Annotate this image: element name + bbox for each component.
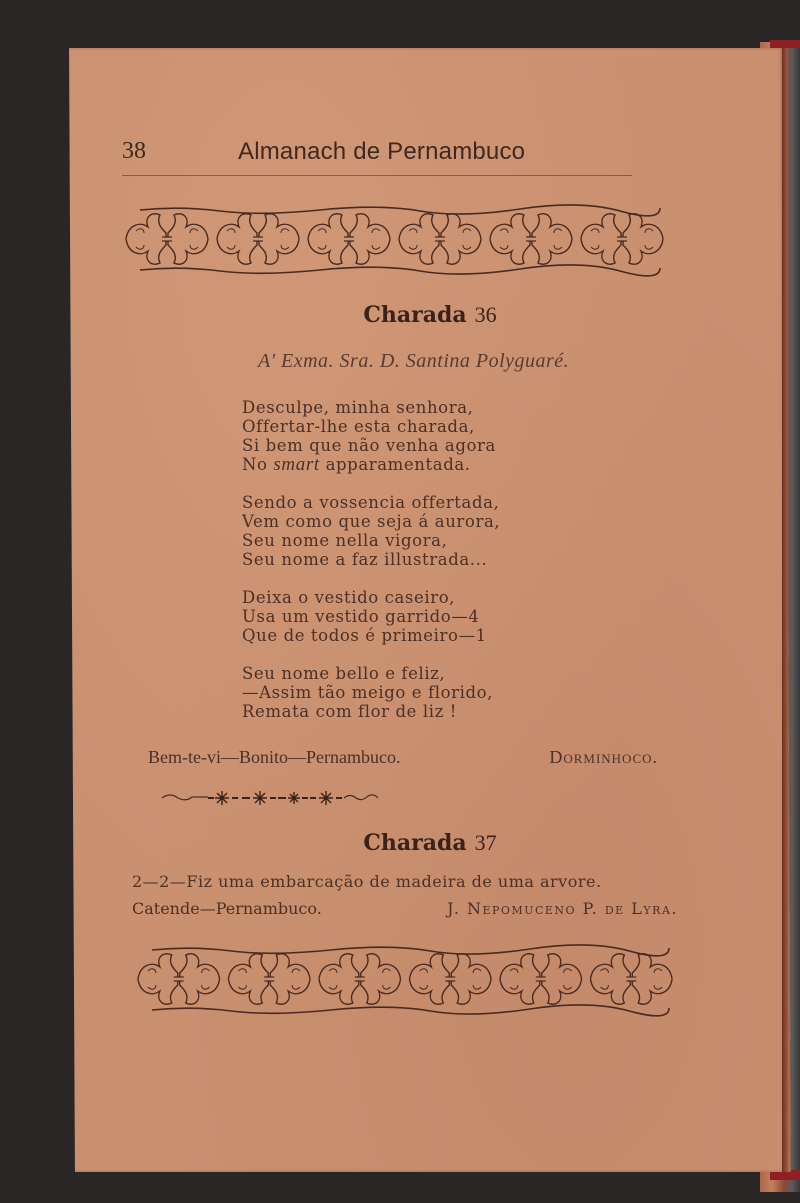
page-gutter-edge [782, 48, 788, 1172]
poem-line-start: No [242, 455, 273, 474]
star-rule-icon [160, 788, 380, 806]
poem-line: Si bem que não venha agora [242, 436, 500, 455]
charada-36-title: Charada36 [72, 302, 788, 328]
star-separator [160, 788, 380, 806]
author-name: J. Nepomuceno P. de Lyra. [447, 899, 678, 918]
dedication: A' Exma. Sra. D. Santina Polyguaré. [258, 350, 569, 373]
acanthus-leaf-icon [132, 940, 684, 1018]
author-name: Dorminhoco. [549, 747, 658, 768]
charada-37-number: 37 [475, 830, 497, 855]
page-header: 38 Almanach de Pernambuco [122, 138, 642, 168]
charada-37-title-word: Charada [363, 830, 466, 856]
poem-line: Usa um vestido garrido—4 [242, 607, 500, 626]
stanza-4: Seu nome bello e feliz, —Assim tão meigo… [242, 664, 500, 721]
poem-line: Deixa o vestido caseiro, [242, 588, 500, 607]
stanza-3: Deixa o vestido caseiro, Usa um vestido … [242, 588, 500, 645]
acanthus-border-top [120, 200, 675, 278]
poem-line: Seu nome nella vigora, [242, 531, 500, 550]
spine-red-edge-top [770, 40, 800, 48]
acanthus-border-bottom [132, 940, 684, 1018]
poem-line: Que de todos é primeiro—1 [242, 626, 500, 645]
poem-line: No smart apparamentada. [242, 455, 500, 474]
stanza-1: Desculpe, minha senhora, Offertar-lhe es… [242, 398, 500, 474]
place-line: Catende—Pernambuco. [132, 899, 322, 918]
poem-line: Sendo a vossencia offertada, [242, 493, 500, 512]
poem-line: Offertar-lhe esta charada, [242, 417, 500, 436]
poem-line-end: apparamentada. [320, 455, 471, 474]
charada-36-number: 36 [475, 302, 497, 327]
acanthus-leaf-icon [120, 200, 675, 278]
charada-37-title: Charada37 [72, 830, 788, 856]
poem-line: Vem como que seja á aurora, [242, 512, 500, 531]
poem-line: Seu nome bello e feliz, [242, 664, 500, 683]
poem-line: Seu nome a faz illustrada... [242, 550, 500, 569]
running-title: Almanach de Pernambuco [238, 138, 525, 166]
stanza-2: Sendo a vossencia offertada, Vem como qu… [242, 493, 500, 569]
poem: Desculpe, minha senhora, Offertar-lhe es… [242, 398, 500, 740]
poem-line: Remata com flor de liz ! [242, 702, 500, 721]
poem-line: —Assim tão meigo e florido, [242, 683, 500, 702]
place-line: Bem-te-vi—Bonito—Pernambuco. [148, 747, 400, 768]
page-number: 38 [122, 138, 146, 165]
poem-line: Desculpe, minha senhora, [242, 398, 500, 417]
charada-36-title-word: Charada [363, 302, 466, 328]
italic-word: smart [273, 454, 319, 475]
riddle-text: 2—2—Fiz uma embarcação de madeira de uma… [132, 872, 602, 891]
header-rule [122, 175, 632, 176]
